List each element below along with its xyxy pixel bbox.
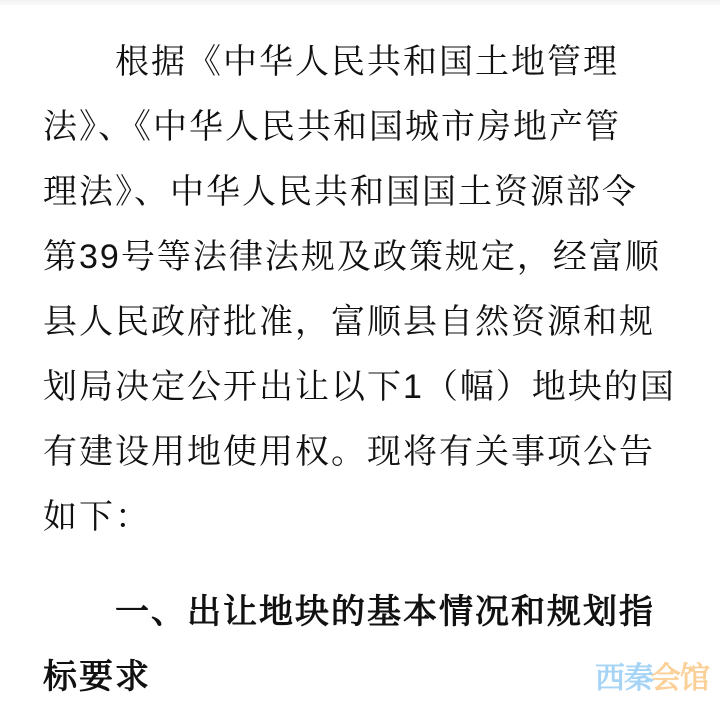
paragraph-line: 划局决定公开出让以下1（幅）地块的国 [43, 355, 690, 420]
heading-line: 一、出让地块的基本情况和规划指 [43, 580, 690, 645]
paragraph-line: 第39号等法律法规及政策规定，经富顺 [43, 225, 690, 290]
paragraph-line: 理法》、中华人民共和国国土资源部令 [43, 160, 690, 225]
section-heading: 一、出让地块的基本情况和规划指 标要求 [43, 580, 690, 702]
watermark-text-blue: 西秦 [595, 662, 653, 695]
paragraph-line: 如下： [43, 485, 690, 550]
watermark: 西秦会馆 [595, 664, 709, 694]
paragraph-line: 根据《中华人民共和国土地管理 [43, 30, 690, 95]
document-scroll-area[interactable]: 根据《中华人民共和国土地管理 法》、《中华人民共和国城市房地产管 理法》、中华人… [0, 0, 720, 702]
top-divider [0, 0, 720, 5]
paragraph-legal-basis: 根据《中华人民共和国土地管理 法》、《中华人民共和国城市房地产管 理法》、中华人… [43, 30, 690, 550]
paragraph-line: 法》、《中华人民共和国城市房地产管 [43, 95, 690, 160]
paragraph-line: 有建设用地使用权。现将有关事项公告 [43, 420, 690, 485]
heading-line: 标要求 [43, 645, 690, 702]
document-content: 根据《中华人民共和国土地管理 法》、《中华人民共和国城市房地产管 理法》、中华人… [0, 0, 720, 702]
watermark-text-orange: 会馆 [651, 662, 709, 695]
paragraph-line: 县人民政府批准，富顺县自然资源和规 [43, 290, 690, 355]
